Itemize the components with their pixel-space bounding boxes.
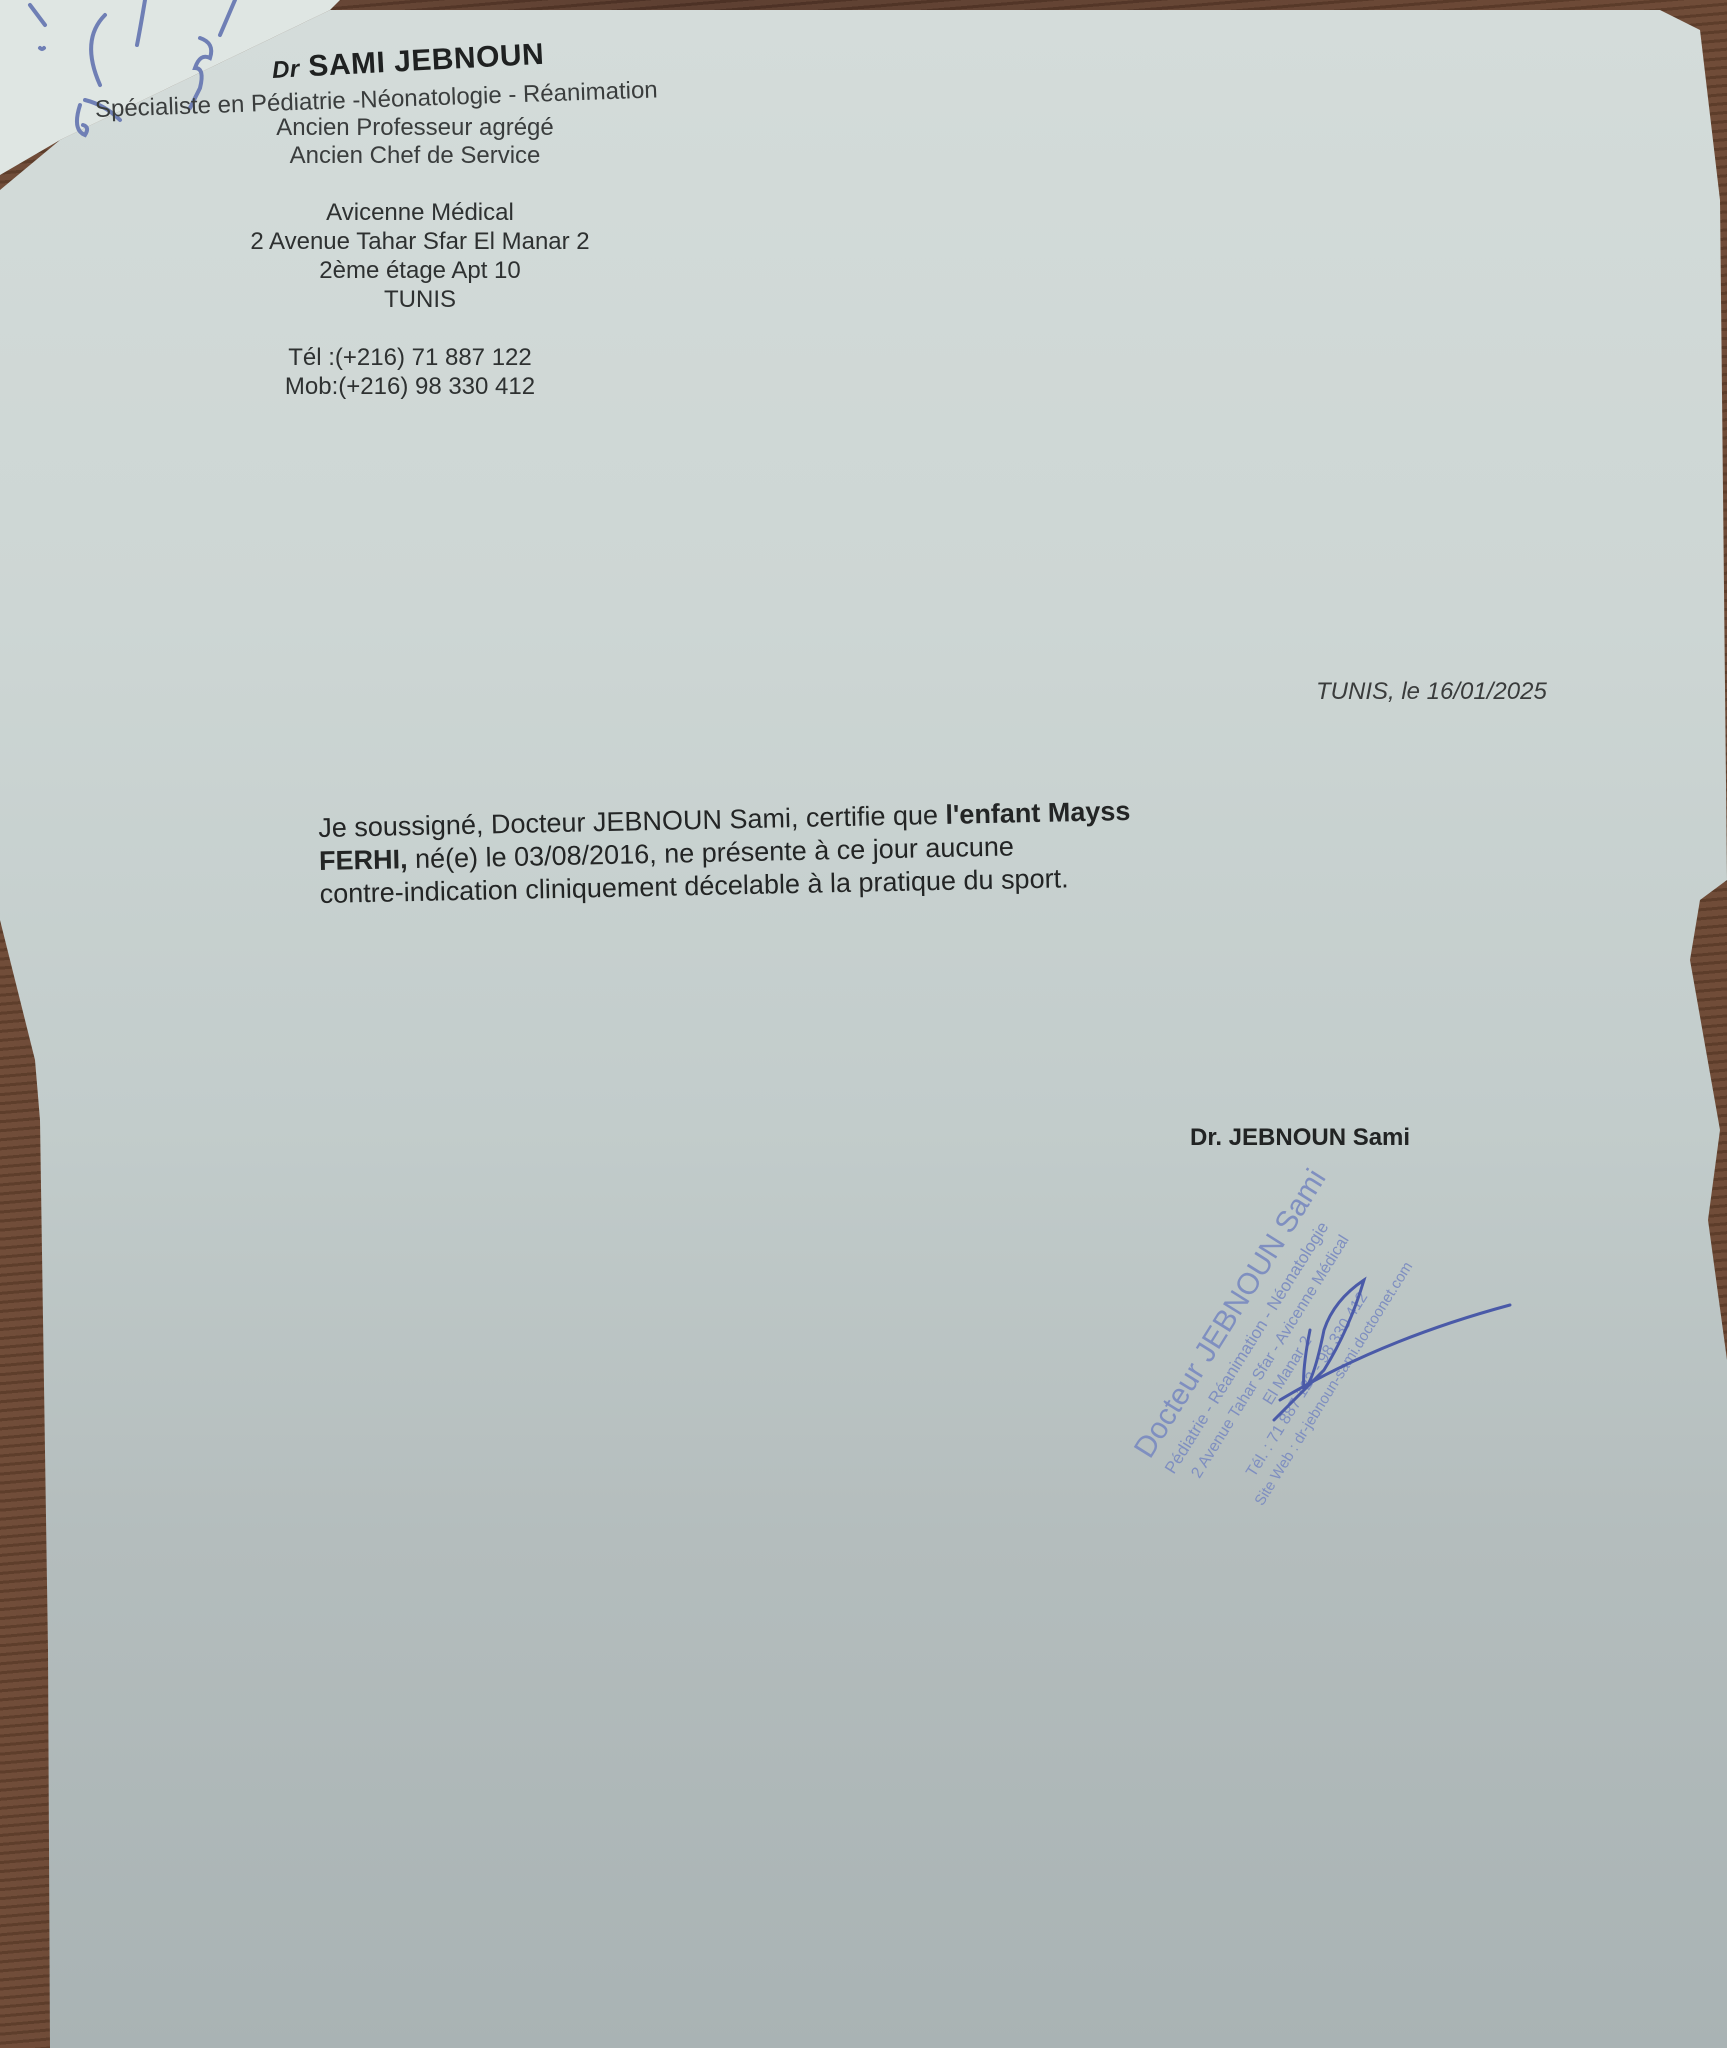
doctor-title-2: Ancien Chef de Service	[65, 142, 765, 170]
address-city: TUNIS	[70, 285, 770, 314]
child-name-part-1: l'enfant Mayss	[945, 796, 1131, 830]
date-line: TUNIS, le 16/01/2025	[1316, 678, 1547, 706]
doctor-stamp: Docteur JEBNOUN Sami Pédiatrie - Réanima…	[1110, 1130, 1530, 1550]
address-line-1: 2 Avenue Tahar Sfar El Manar 2	[70, 227, 770, 256]
doctor-prefix: Dr	[271, 56, 300, 84]
address-line-2: 2ème étage Apt 10	[70, 256, 770, 285]
phone-number: Tél :(+216) 71 887 122	[60, 343, 760, 372]
clinic-name: Avicenne Médical	[70, 198, 770, 227]
mobile-number: Mob:(+216) 98 330 412	[60, 372, 760, 401]
child-name-part-2: FERHI,	[319, 844, 408, 876]
clinic-address: Avicenne Médical 2 Avenue Tahar Sfar El …	[70, 198, 770, 314]
contact-info: Tél :(+216) 71 887 122 Mob:(+216) 98 330…	[60, 343, 760, 401]
doctor-title-1: Ancien Professeur agrégé	[65, 114, 765, 142]
